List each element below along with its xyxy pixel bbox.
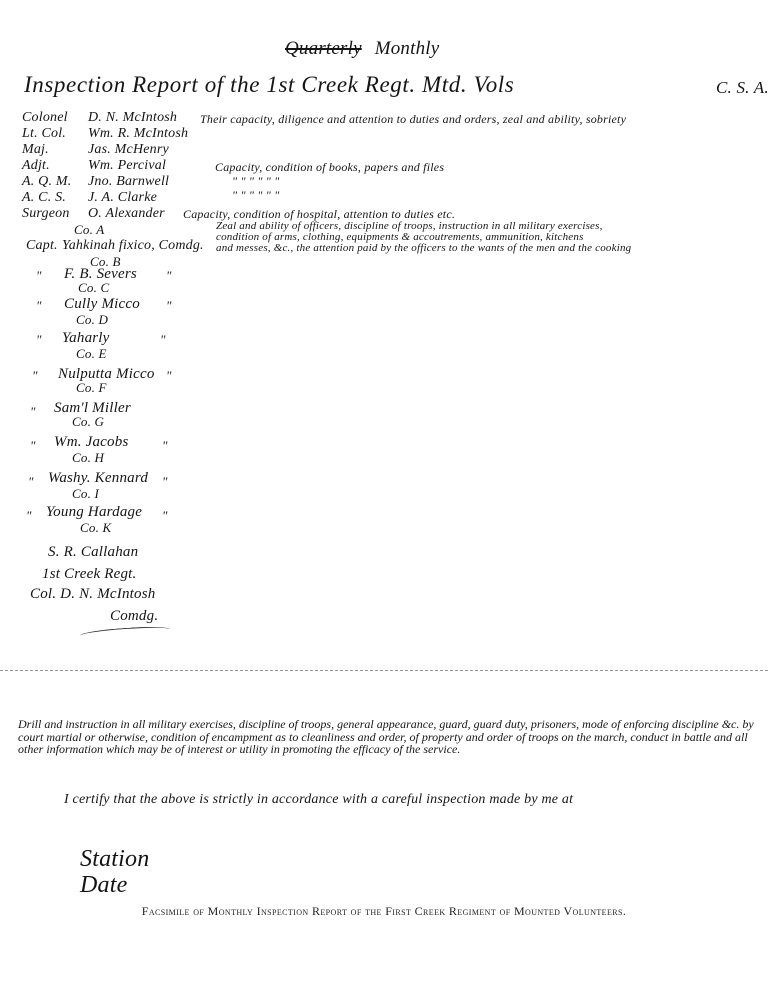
signature-regiment: 1st Creek Regt. — [42, 566, 137, 583]
officer-rank: Adjt. — [22, 158, 50, 174]
officer-note: Capacity, condition of books, papers and… — [215, 160, 444, 175]
company-label: Co. F — [76, 380, 107, 396]
company-label: Co. I — [72, 486, 99, 502]
officer-note: Their capacity, diligence and attention … — [200, 112, 626, 127]
company-rank: Capt. — [26, 238, 58, 254]
company-captain: Yaharly — [62, 330, 110, 347]
date-label: Date — [80, 872, 127, 899]
station-label: Station — [80, 846, 149, 873]
company-label: Co. G — [72, 414, 104, 430]
officer-rank: A. C. S. — [22, 190, 66, 206]
officer-name: Wm. R. McIntosh — [88, 126, 188, 142]
company-captain: Cully Micco — [64, 296, 140, 313]
ditto-mark: " — [36, 298, 42, 314]
ditto-mark: " — [166, 298, 172, 314]
ditto-marks: " " " " " " — [232, 188, 279, 203]
report-title: Inspection Report of the 1st Creek Regt.… — [24, 72, 514, 98]
signature-commanding: Comdg. — [110, 608, 158, 625]
ditto-mark: " — [162, 508, 168, 524]
page-divider — [0, 670, 768, 671]
officer-name: J. A. Clarke — [88, 190, 157, 206]
company-label: Co. E — [76, 346, 107, 362]
ditto-mark: " — [166, 368, 172, 384]
officer-name: Jno. Barnwell — [88, 174, 169, 190]
officer-rank: Maj. — [22, 142, 49, 158]
company-label: Co. A — [74, 222, 104, 238]
ditto-mark: " — [28, 474, 34, 490]
inserted-word: Monthly — [375, 38, 440, 59]
report-frequency: Quarterly Monthly — [285, 38, 439, 60]
company-label: Co. C — [78, 280, 109, 296]
officer-rank: Lt. Col. — [22, 126, 66, 142]
officer-name: D. N. McIntosh — [88, 110, 177, 126]
ditto-mark: " — [162, 474, 168, 490]
corner-mark: C. S. A. — [716, 78, 768, 98]
ditto-mark: " — [36, 268, 42, 284]
company-captain: Yahkinah fixico, Comdg. — [62, 238, 204, 254]
inspection-criteria-paragraph: Drill and instruction in all military ex… — [18, 718, 758, 756]
ditto-mark: " — [162, 438, 168, 454]
company-label: Co. H — [72, 450, 104, 466]
company-criteria-line: and messes, &c., the attention paid by t… — [216, 242, 631, 254]
officer-rank: A. Q. M. — [22, 174, 71, 190]
company-captain: Young Hardage — [46, 504, 142, 521]
struck-word: Quarterly — [285, 38, 362, 59]
company-label: Co. K — [80, 520, 111, 536]
ditto-mark: " — [26, 508, 32, 524]
ditto-mark: " — [36, 332, 42, 348]
ditto-mark: " — [160, 332, 166, 348]
officer-name: O. Alexander — [88, 206, 165, 222]
certification-statement: I certify that the above is strictly in … — [64, 792, 573, 808]
ditto-mark: " — [166, 268, 172, 284]
company-captain: Wm. Jacobs — [54, 434, 128, 451]
company-label: Co. D — [76, 312, 108, 328]
signature-adjutant: S. R. Callahan — [48, 544, 138, 561]
officer-name: Wm. Percival — [88, 158, 166, 174]
officer-name: Jas. McHenry — [88, 142, 169, 158]
officer-rank: Colonel — [22, 110, 68, 126]
ditto-mark: " — [30, 438, 36, 454]
ditto-marks: " " " " " " — [232, 174, 279, 189]
officer-rank: Surgeon — [22, 206, 70, 222]
ditto-mark: " — [30, 404, 36, 420]
signature-flourish — [80, 625, 170, 640]
ditto-mark: " — [32, 368, 38, 384]
company-captain: Washy. Kennard — [48, 470, 148, 487]
signature-colonel: Col. D. N. McIntosh — [30, 586, 155, 603]
figure-caption: Facsimile of Monthly Inspection Report o… — [0, 904, 768, 919]
